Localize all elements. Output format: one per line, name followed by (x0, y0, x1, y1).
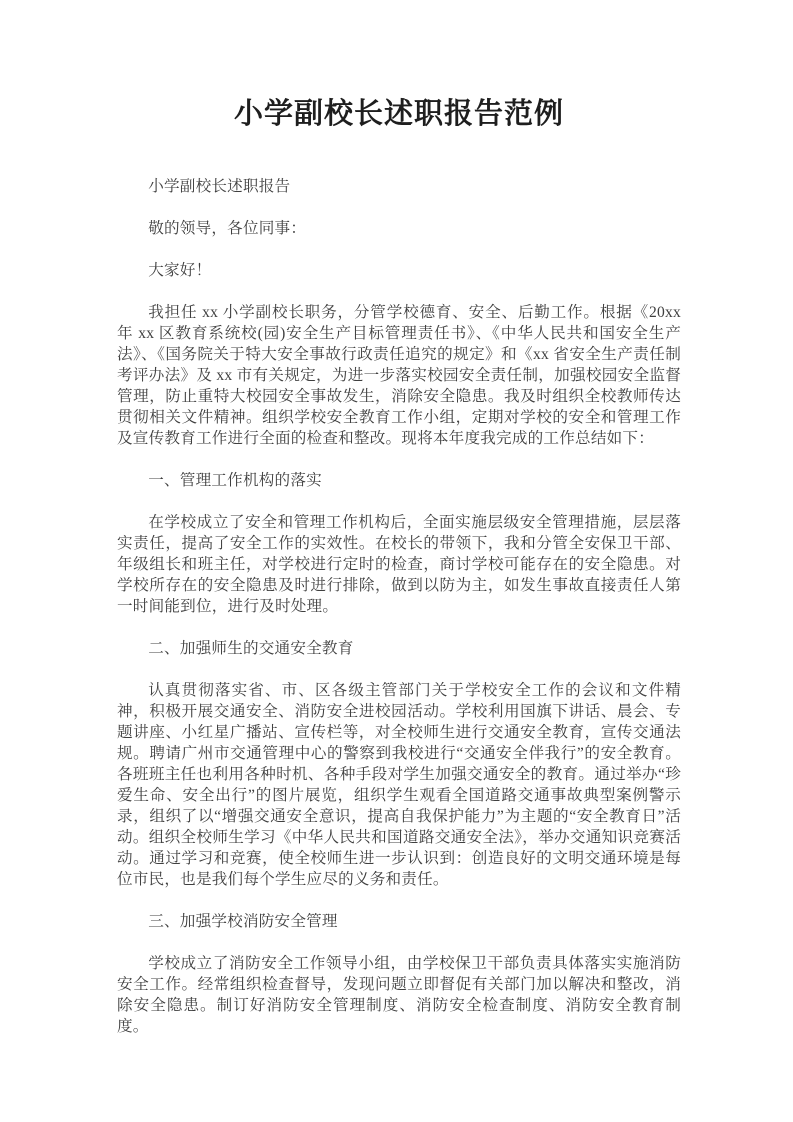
section-heading: 二、加强师生的交通安全教育 (117, 638, 681, 659)
section-heading: 一、管理工作机构的落实 (117, 470, 681, 491)
paragraph: 在学校成立了安全和管理工作机构后，全面实施层级安全管理措施，层层落实责任，提高了… (117, 512, 681, 617)
document-title: 小学副校长述职报告范例 (117, 96, 681, 132)
paragraph: 大家好！ (117, 260, 681, 281)
section-heading: 三、加强学校消防安全管理 (117, 911, 681, 932)
paragraph: 认真贯彻落实省、市、区各级主管部门关于学校安全工作的会议和文件精神，积极开展交通… (117, 680, 681, 890)
paragraph: 敬的领导，各位同事： (117, 218, 681, 239)
document-page: 小学副校长述职报告范例 小学副校长述职报告敬的领导，各位同事：大家好！我担任 x… (0, 0, 793, 1122)
paragraph: 小学副校长述职报告 (117, 176, 681, 197)
paragraph: 我担任 xx 小学副校长职务，分管学校德育、安全、后勤工作。根据《20xx 年 … (117, 302, 681, 449)
document-body: 小学副校长述职报告敬的领导，各位同事：大家好！我担任 xx 小学副校长职务，分管… (117, 176, 681, 1037)
paragraph: 学校成立了消防安全工作领导小组，由学校保卫干部负责具体落实实施消防安全工作。经常… (117, 953, 681, 1037)
